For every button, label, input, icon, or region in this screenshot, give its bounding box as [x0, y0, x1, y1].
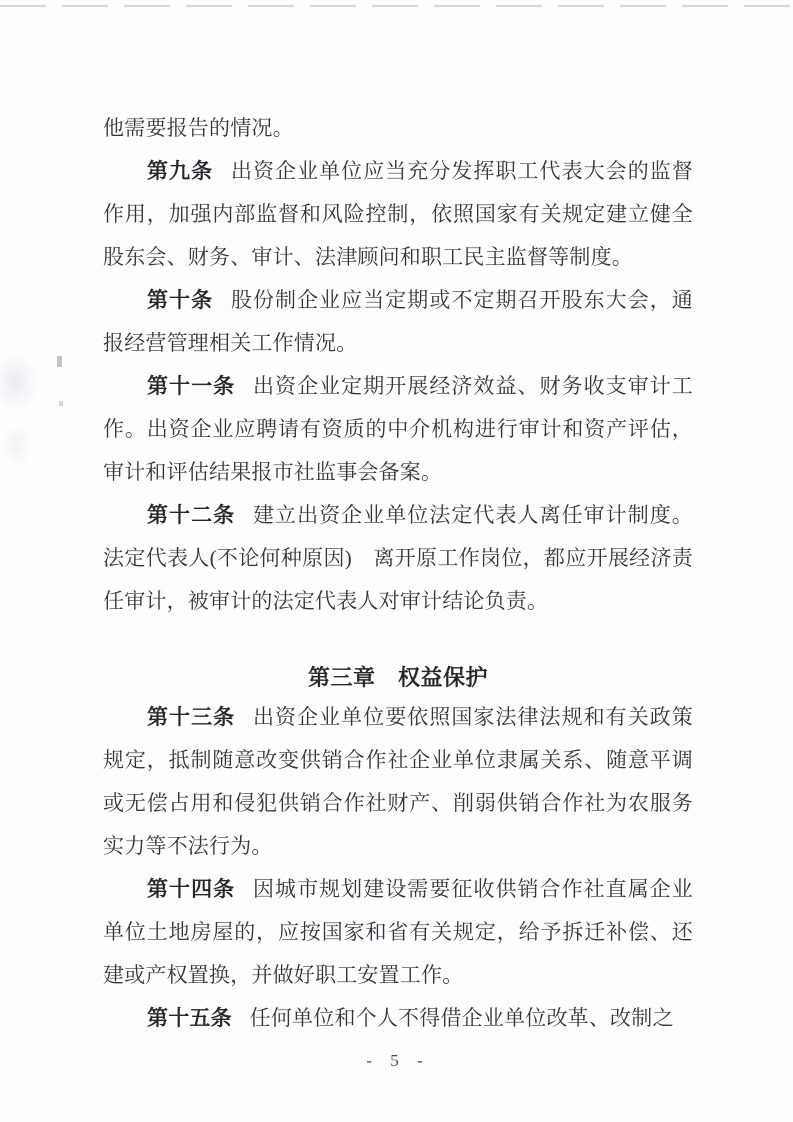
scan-speck: [59, 401, 63, 406]
article-paragraph-9: 第九条出资企业单位应当充分发挥职工代表大会的监督作用，加强内部监督和风险控制，依…: [103, 150, 693, 279]
article-number-label: 第十一条: [147, 374, 235, 398]
scan-speck: [57, 356, 62, 367]
scan-top-edge-artifact: [0, 5, 793, 7]
article-number-label: 第十三条: [147, 705, 235, 729]
article-paragraph-11: 第十一条出资企业定期开展经济效益、财务收支审计工作。出资企业应聘请有资质的中介机…: [103, 365, 693, 494]
article-paragraph-12: 第十二条建立出资企业单位法定代表人离任审计制度。法定代表人(不论何种原因) 离开…: [103, 494, 693, 623]
page-number: - 5 -: [103, 1046, 693, 1076]
article-number-label: 第十四条: [147, 877, 235, 901]
scan-smudge: [2, 425, 32, 467]
document-page: 他需要报告的情况。 第九条出资企业单位应当充分发挥职工代表大会的监督作用，加强内…: [0, 0, 793, 1122]
article-number-label: 第九条: [147, 159, 213, 183]
article-number-label: 第十二条: [147, 503, 235, 527]
scan-smudge: [0, 352, 38, 412]
article-paragraph-15: 第十五条任何单位和个人不得借企业单位改革、改制之: [103, 997, 693, 1040]
continuation-line: 他需要报告的情况。: [103, 107, 693, 150]
article-paragraph-13: 第十三条出资企业单位要依照国家法律法规和有关政策规定，抵制随意改变供销合作社企业…: [103, 696, 693, 868]
article-number-label: 第十条: [147, 288, 213, 312]
article-body: 任何单位和个人不得借企业单位改革、改制之: [250, 1006, 674, 1030]
article-paragraph-14: 第十四条因城市规划建设需要征收供销合作社直属企业单位土地房屋的，应按国家和省有关…: [103, 868, 693, 997]
article-number-label: 第十五条: [147, 1006, 232, 1030]
chapter-heading: 第三章 权益保护: [103, 656, 693, 699]
article-paragraph-10: 第十条股份制企业应当定期或不定期召开股东大会，通报经营管理相关工作情况。: [103, 279, 693, 365]
